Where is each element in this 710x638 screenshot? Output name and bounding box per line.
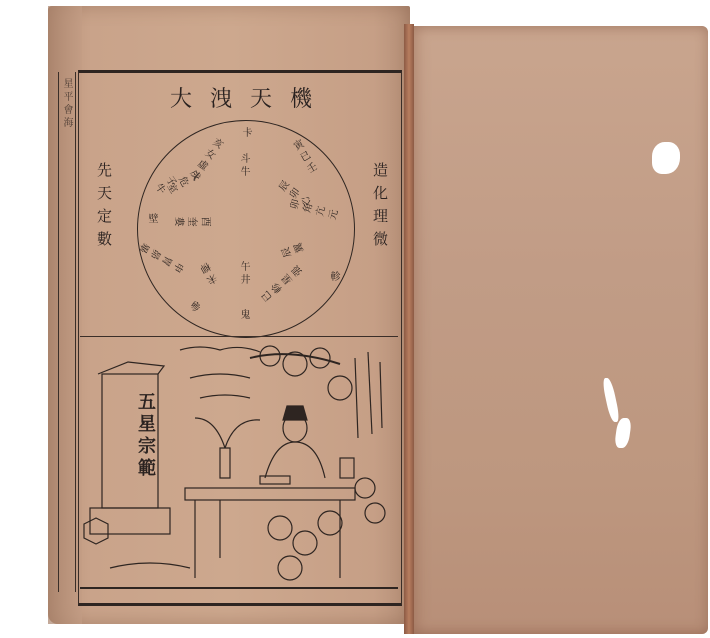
- circle-label: 酉 奎 婁: [175, 214, 211, 224]
- side-margin: 星平會海: [58, 72, 76, 592]
- left-column-text: 先天定數: [94, 162, 115, 254]
- right-column-text: 造化理微: [370, 162, 391, 254]
- circle-label: 壁: [146, 213, 156, 223]
- book-spine: [404, 24, 414, 634]
- circle-label: 亥 女 虛 斗: [187, 135, 224, 181]
- right-page: [408, 26, 708, 634]
- stele-inscription: 五星宗範: [132, 392, 158, 480]
- circle-label: 寅 已 壬: [290, 139, 317, 175]
- circle-label: 卯 角 亢 元: [288, 201, 338, 223]
- circle-label: 申 胃 昴 畢: [139, 239, 187, 272]
- circle-label: 鬼: [238, 309, 248, 319]
- circle-label: 斗 牛: [238, 153, 248, 176]
- circle-label: 午 井: [238, 261, 248, 284]
- circle-label: 參: [188, 301, 198, 311]
- paper-hole: [652, 142, 680, 174]
- circle-label: 已 軫 星 張: [261, 266, 305, 306]
- circle-label: 軫: [328, 271, 338, 281]
- side-margin-text: 星平會海: [59, 78, 74, 130]
- woodblock-illustration: 五星宗範: [80, 338, 398, 594]
- page-title: 大洩天機: [160, 82, 340, 113]
- circle-label: 未 柳: [201, 260, 221, 285]
- circle-label: 辰 翼: [280, 244, 305, 261]
- zodiac-circle-diagram: 卡 斗 牛 寅 已 壬 辰 卯 心 卯 角 亢 元 辰 翼 已 軫 星 張 軫 …: [137, 120, 355, 338]
- section-divider: [80, 336, 398, 337]
- book-spread: 星平會海 大洩天機 造化理微 先天定數 卡 斗 牛 寅 已 壬 辰 卯 心 卯 …: [0, 0, 710, 638]
- circle-label: 卡: [240, 127, 250, 137]
- illustration-drawing: [80, 338, 398, 594]
